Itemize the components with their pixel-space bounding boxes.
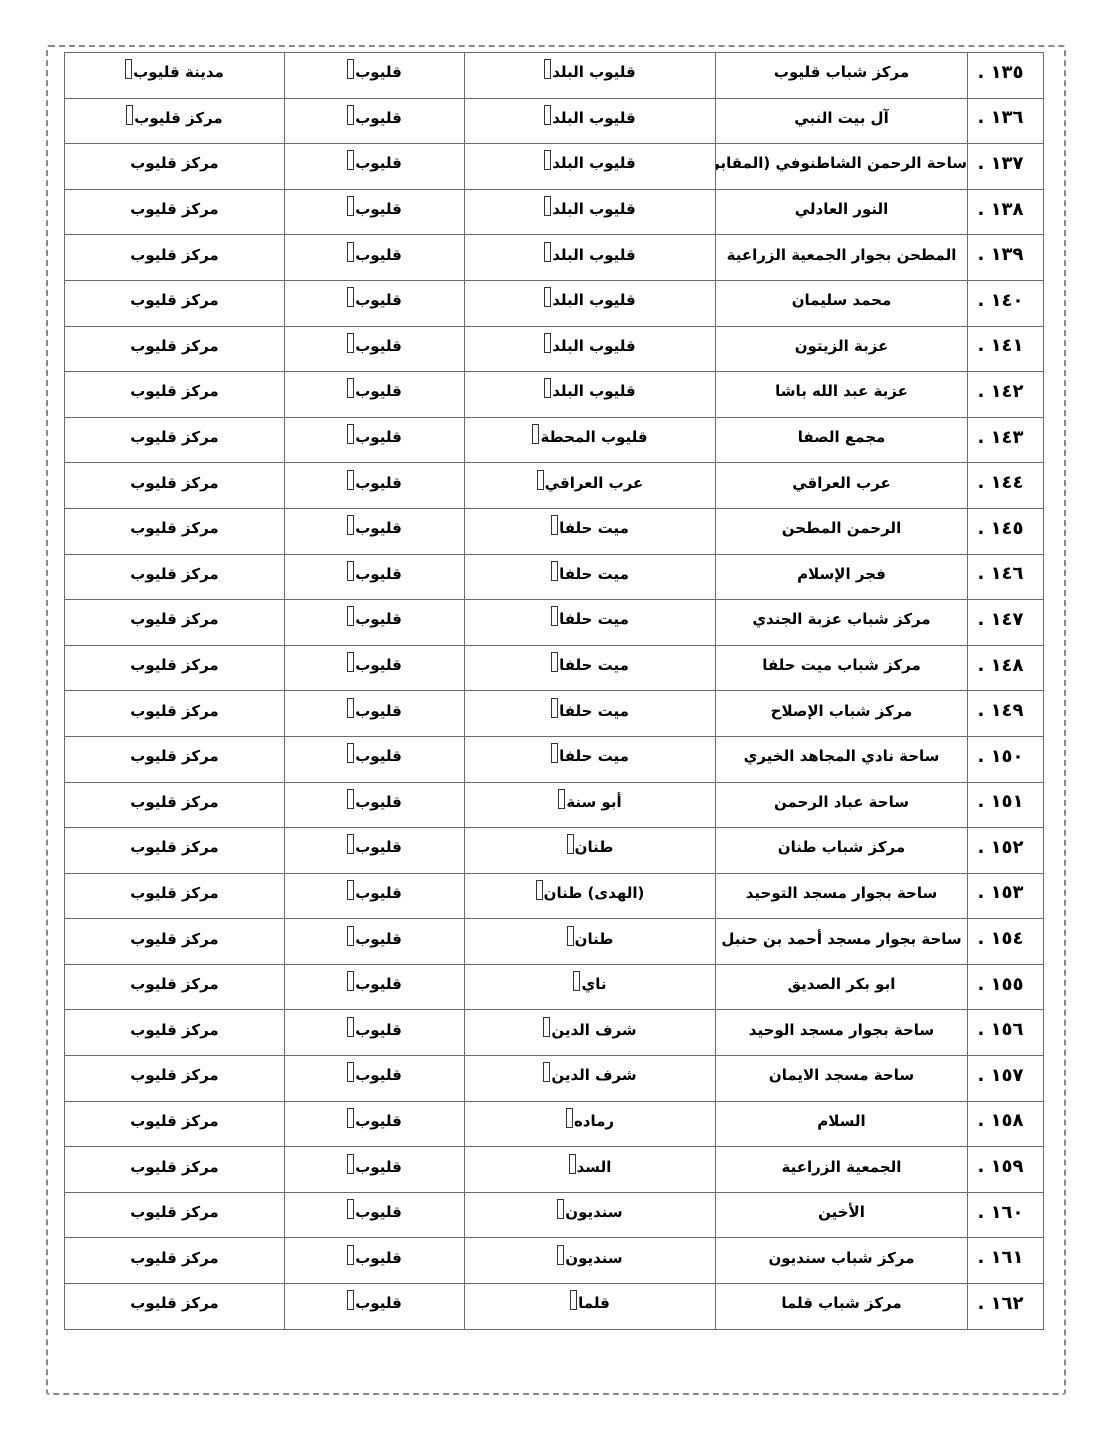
location-name-cell: ساحة عباد الرحمن — [716, 782, 968, 828]
admin-unit-cell: قليوب — [285, 235, 465, 281]
center-cell-text: مدينة قليوب — [133, 63, 224, 81]
row-number-cell: ١٦٠ . — [968, 1192, 1044, 1238]
village-cell-content: ميت حلفا — [551, 610, 629, 628]
admin-unit-cell-content: قليوب — [347, 656, 402, 674]
row-number-cell-content: ١٤٥ . — [977, 518, 1023, 539]
center-cell-content: مركز قليوب — [130, 1249, 218, 1267]
center-cell-content: مركز قليوب — [130, 1294, 218, 1312]
village-cell-content: شرف الدين — [543, 1021, 636, 1039]
center-cell: مركز قليوب — [65, 873, 285, 919]
row-number-cell-text: ١٥٢ . — [977, 837, 1023, 858]
row-number-cell: ١٥٥ . — [968, 964, 1044, 1010]
location-name-cell-text: ساحة بجوار مسجد الوحيد — [749, 1021, 934, 1039]
location-name-cell-text: المطحن بجوار الجمعية الزراعية — [727, 246, 957, 264]
missing-glyph-box-icon — [567, 834, 574, 854]
village-cell-text: قليوب البلد — [552, 337, 635, 355]
location-name-cell: مركز شباب عزبة الجندي — [716, 600, 968, 646]
location-name-cell-content: مركز شباب سنديون — [768, 1249, 914, 1267]
row-number-cell-content: ١٥٧ . — [977, 1065, 1023, 1086]
table-row: ١٥٨ .السلامرمادهقليوبمركز قليوب — [65, 1101, 1044, 1147]
location-name-cell: مجمع الصفا — [716, 417, 968, 463]
center-cell-content: مركز قليوب — [130, 1066, 218, 1084]
row-number-cell-content: ١٦٠ . — [977, 1202, 1023, 1223]
village-cell-content: السد — [569, 1158, 612, 1176]
admin-unit-cell-content: قليوب — [347, 930, 402, 948]
admin-unit-cell-content: قليوب — [347, 702, 402, 720]
center-cell-content: مركز قليوب — [130, 474, 218, 492]
table-row: ١٥٢ .مركز شباب طنانطنانقليوبمركز قليوب — [65, 828, 1044, 874]
center-cell-text: مركز قليوب — [130, 154, 218, 172]
table-row: ١٣٩ .المطحن بجوار الجمعية الزراعيةقليوب … — [65, 235, 1044, 281]
missing-glyph-box-icon — [558, 789, 565, 809]
village-cell: ناي — [465, 964, 716, 1010]
center-cell: مركز قليوب — [65, 600, 285, 646]
location-name-cell: ساحة الرحمن الشاطنوفي (المقابر) — [716, 144, 968, 190]
row-number-cell-text: ١٤٩ . — [977, 700, 1023, 721]
row-number-cell: ١٦١ . — [968, 1238, 1044, 1284]
center-cell-text: مركز قليوب — [130, 474, 218, 492]
village-cell-content: شرف الدين — [543, 1066, 636, 1084]
village-cell-text: سنديون — [565, 1249, 622, 1267]
center-cell-content: مدينة قليوب — [125, 63, 224, 81]
location-name-cell-text: عزبة عبد الله باشا — [775, 382, 908, 400]
center-cell-text: مركز قليوب — [130, 884, 218, 902]
row-number-cell-content: ١٥١ . — [977, 791, 1023, 812]
location-name-cell-text: ساحة عباد الرحمن — [774, 793, 909, 811]
missing-glyph-box-icon — [347, 150, 354, 170]
admin-unit-cell: قليوب — [285, 691, 465, 737]
village-cell-text: قليوب البلد — [552, 63, 635, 81]
admin-unit-cell-text: قليوب — [355, 63, 402, 81]
village-cell-text: أبو سنة — [566, 793, 621, 811]
row-number-cell-text: ١٤٢ . — [977, 381, 1023, 402]
missing-glyph-box-icon — [347, 789, 354, 809]
table-row: ١٤١ .عزبة الزيتونقليوب البلدقليوبمركز قل… — [65, 326, 1044, 372]
row-number-cell-content: ١٤٠ . — [977, 290, 1023, 311]
admin-unit-cell: قليوب — [285, 98, 465, 144]
admin-unit-cell-content: قليوب — [347, 793, 402, 811]
location-name-cell: النور العادلي — [716, 189, 968, 235]
location-name-cell-text: مجمع الصفا — [798, 428, 886, 446]
admin-unit-cell-content: قليوب — [347, 1158, 402, 1176]
location-name-cell: المطحن بجوار الجمعية الزراعية — [716, 235, 968, 281]
location-name-cell-content: ساحة بجوار مسجد الوحيد — [749, 1021, 934, 1039]
village-cell: سنديون — [465, 1192, 716, 1238]
missing-glyph-box-icon — [544, 242, 551, 262]
admin-unit-cell-content: قليوب — [347, 291, 402, 309]
admin-unit-cell-text: قليوب — [355, 200, 402, 218]
admin-unit-cell-content: قليوب — [347, 975, 402, 993]
location-name-cell: الجمعية الزراعية — [716, 1147, 968, 1193]
missing-glyph-box-icon — [347, 926, 354, 946]
location-name-cell-content: مركز شباب قليوب — [774, 63, 909, 81]
row-number-cell-text: ١٥٨ . — [977, 1110, 1023, 1131]
admin-unit-cell: قليوب — [285, 600, 465, 646]
location-name-cell: مركز شباب سنديون — [716, 1238, 968, 1284]
missing-glyph-box-icon — [347, 378, 354, 398]
village-cell: ميت حلفا — [465, 554, 716, 600]
admin-unit-cell-text: قليوب — [355, 565, 402, 583]
row-number-cell-content: ١٣٨ . — [977, 199, 1023, 220]
table-row: ١٥٤ .ساحة بجوار مسجد أحمد بن حنبلطنانقلي… — [65, 919, 1044, 965]
location-name-cell-content: ابو بكر الصديق — [788, 975, 896, 993]
table-row: ١٤٩ .مركز شباب الإصلاحميت حلفاقليوبمركز … — [65, 691, 1044, 737]
location-name-cell-text: ساحة الرحمن الشاطنوفي (المقابر) — [716, 154, 968, 172]
location-name-cell-text: آل بيت النبي — [794, 109, 888, 127]
center-cell: مركز قليوب — [65, 828, 285, 874]
row-number-cell-content: ١٥٩ . — [977, 1156, 1023, 1177]
admin-unit-cell-text: قليوب — [355, 1203, 402, 1221]
admin-unit-cell-text: قليوب — [355, 291, 402, 309]
admin-unit-cell: قليوب — [285, 1192, 465, 1238]
location-name-cell: ساحة مسجد الايمان — [716, 1056, 968, 1102]
location-name-cell: آل بيت النبي — [716, 98, 968, 144]
center-cell-content: مركز قليوب — [130, 975, 218, 993]
row-number-cell-text: ١٥٥ . — [977, 974, 1023, 995]
location-name-cell-content: ساحة بجوار مسجد أحمد بن حنبل — [721, 930, 961, 948]
village-cell: شرف الدين — [465, 1010, 716, 1056]
village-cell-text: عرب العراقي — [545, 474, 644, 492]
row-number-cell-text: ١٣٩ . — [977, 244, 1023, 265]
missing-glyph-box-icon — [347, 196, 354, 216]
admin-unit-cell-text: قليوب — [355, 930, 402, 948]
location-name-cell-content: فجر الإسلام — [797, 565, 886, 583]
missing-glyph-box-icon — [544, 378, 551, 398]
center-cell: مركز قليوب — [65, 964, 285, 1010]
center-cell-content: مركز قليوب — [130, 656, 218, 674]
table-row: ١٣٥ .مركز شباب قليوبقليوب البلدقليوبمدين… — [65, 53, 1044, 99]
village-cell: قليوب البلد — [465, 372, 716, 418]
center-cell-content: مركز قليوب — [130, 884, 218, 902]
admin-unit-cell-content: قليوب — [347, 610, 402, 628]
location-name-cell-text: مركز شباب ميت حلفا — [762, 656, 921, 674]
admin-unit-cell-content: قليوب — [347, 428, 402, 446]
location-name-cell-text: عرب العراقي — [792, 474, 891, 492]
missing-glyph-box-icon — [544, 105, 551, 125]
village-cell-content: قليوب البلد — [544, 291, 635, 309]
center-cell-text: مركز قليوب — [130, 519, 218, 537]
row-number-cell-content: ١٤٣ . — [977, 427, 1023, 448]
admin-unit-cell-text: قليوب — [355, 1021, 402, 1039]
row-number-cell-text: ١٣٦ . — [977, 107, 1023, 128]
location-name-cell-content: عرب العراقي — [792, 474, 891, 492]
location-name-cell-content: ساحة عباد الرحمن — [774, 793, 909, 811]
village-cell: قليوب البلد — [465, 144, 716, 190]
row-number-cell: ١٤١ . — [968, 326, 1044, 372]
village-cell-content: قليوب المحطة — [532, 428, 647, 446]
missing-glyph-box-icon — [537, 470, 544, 490]
center-cell: مركز قليوب — [65, 417, 285, 463]
center-cell-text: مركز قليوب — [130, 200, 218, 218]
village-cell-text: قلما — [578, 1294, 610, 1312]
center-cell-content: مركز قليوب — [130, 1203, 218, 1221]
center-cell: مركز قليوب — [65, 1101, 285, 1147]
admin-unit-cell-content: قليوب — [347, 382, 402, 400]
village-cell: قليوب البلد — [465, 189, 716, 235]
admin-unit-cell: قليوب — [285, 1284, 465, 1330]
row-number-cell: ١٥٠ . — [968, 736, 1044, 782]
village-cell-content: ميت حلفا — [551, 656, 629, 674]
center-cell-content: مركز قليوب — [130, 610, 218, 628]
locations-table-container: ١٣٥ .مركز شباب قليوبقليوب البلدقليوبمدين… — [64, 52, 1043, 1330]
center-cell-text: مركز قليوب — [130, 930, 218, 948]
center-cell-text: مركز قليوب — [130, 1021, 218, 1039]
center-cell-content: مركز قليوب — [130, 428, 218, 446]
row-number-cell: ١٣٩ . — [968, 235, 1044, 281]
village-cell-content: سنديون — [557, 1249, 622, 1267]
missing-glyph-box-icon — [543, 1062, 550, 1082]
row-number-cell-text: ١٤٨ . — [977, 655, 1023, 676]
missing-glyph-box-icon — [347, 1245, 354, 1265]
admin-unit-cell: قليوب — [285, 554, 465, 600]
table-row: ١٥٠ .ساحة نادي المجاهد الخيريميت حلفاقلي… — [65, 736, 1044, 782]
center-cell: مركز قليوب — [65, 1238, 285, 1284]
missing-glyph-box-icon — [544, 59, 551, 79]
location-name-cell-text: السلام — [817, 1112, 865, 1130]
table-row: ١٥٣ .ساحة بجوار مسجد التوحيد(الهدى) طنان… — [65, 873, 1044, 919]
admin-unit-cell: قليوب — [285, 964, 465, 1010]
missing-glyph-box-icon — [347, 470, 354, 490]
admin-unit-cell-content: قليوب — [347, 200, 402, 218]
center-cell-text: مركز قليوب — [130, 1112, 218, 1130]
admin-unit-cell-text: قليوب — [355, 428, 402, 446]
location-name-cell-content: آل بيت النبي — [794, 109, 888, 127]
village-cell: قليوب البلد — [465, 53, 716, 99]
center-cell-content: مركز قليوب — [130, 838, 218, 856]
row-number-cell-content: ١٣٥ . — [977, 62, 1023, 83]
location-name-cell: عرب العراقي — [716, 463, 968, 509]
village-cell-content: ناي — [573, 975, 606, 993]
village-cell-content: قليوب البلد — [544, 382, 635, 400]
row-number-cell-content: ١٤٤ . — [977, 472, 1023, 493]
center-cell: مركز قليوب — [65, 1010, 285, 1056]
center-cell-content: مركز قليوب — [126, 109, 222, 127]
row-number-cell: ١٤٠ . — [968, 280, 1044, 326]
center-cell: مركز قليوب — [65, 235, 285, 281]
missing-glyph-box-icon — [573, 971, 580, 991]
village-cell: (الهدى) طنان — [465, 873, 716, 919]
center-cell: مركز قليوب — [65, 691, 285, 737]
row-number-cell: ١٣٧ . — [968, 144, 1044, 190]
location-name-cell-text: الجمعية الزراعية — [782, 1158, 902, 1176]
center-cell-text: مركز قليوب — [130, 1249, 218, 1267]
location-name-cell-text: ابو بكر الصديق — [788, 975, 896, 993]
admin-unit-cell-content: قليوب — [347, 747, 402, 765]
location-name-cell-content: محمد سليمان — [792, 291, 892, 309]
location-name-cell: مركز شباب قلما — [716, 1284, 968, 1330]
village-cell-content: عرب العراقي — [537, 474, 644, 492]
village-cell-content: قليوب البلد — [544, 109, 635, 127]
admin-unit-cell: قليوب — [285, 144, 465, 190]
row-number-cell: ١٤٧ . — [968, 600, 1044, 646]
village-cell: قليوب البلد — [465, 235, 716, 281]
row-number-cell-text: ١٥٩ . — [977, 1156, 1023, 1177]
missing-glyph-box-icon — [570, 1290, 577, 1310]
center-cell: مركز قليوب — [65, 508, 285, 554]
location-name-cell: عزبة عبد الله باشا — [716, 372, 968, 418]
location-name-cell-content: الرحمن المطحن — [782, 519, 901, 537]
location-name-cell-content: مركز شباب عزبة الجندي — [752, 610, 930, 628]
center-cell: مركز قليوب — [65, 189, 285, 235]
location-name-cell-text: محمد سليمان — [792, 291, 892, 309]
missing-glyph-box-icon — [347, 743, 354, 763]
village-cell-text: قليوب المحطة — [540, 428, 647, 446]
center-cell: مركز قليوب — [65, 463, 285, 509]
table-row: ١٣٧ .ساحة الرحمن الشاطنوفي (المقابر)قليو… — [65, 144, 1044, 190]
location-name-cell: مركز شباب الإصلاح — [716, 691, 968, 737]
missing-glyph-box-icon — [347, 287, 354, 307]
row-number-cell-content: ١٤٧ . — [977, 609, 1023, 630]
row-number-cell: ١٥٢ . — [968, 828, 1044, 874]
admin-unit-cell-content: قليوب — [347, 63, 402, 81]
row-number-cell-content: ١٥٤ . — [977, 928, 1023, 949]
locations-table: ١٣٥ .مركز شباب قليوبقليوب البلدقليوبمدين… — [64, 52, 1044, 1330]
village-cell: طنان — [465, 828, 716, 874]
admin-unit-cell-text: قليوب — [355, 793, 402, 811]
center-cell-content: مركز قليوب — [130, 1021, 218, 1039]
missing-glyph-box-icon — [347, 606, 354, 626]
admin-unit-cell: قليوب — [285, 645, 465, 691]
admin-unit-cell-text: قليوب — [355, 519, 402, 537]
table-row: ١٥٩ .الجمعية الزراعيةالسدقليوبمركز قليوب — [65, 1147, 1044, 1193]
admin-unit-cell-text: قليوب — [355, 337, 402, 355]
location-name-cell-content: الجمعية الزراعية — [782, 1158, 902, 1176]
admin-unit-cell-text: قليوب — [355, 838, 402, 856]
admin-unit-cell: قليوب — [285, 417, 465, 463]
table-row: ١٤٦ .فجر الإسلامميت حلفاقليوبمركز قليوب — [65, 554, 1044, 600]
center-cell: مدينة قليوب — [65, 53, 285, 99]
row-number-cell: ١٥٦ . — [968, 1010, 1044, 1056]
village-cell-text: طنان — [575, 838, 614, 856]
center-cell: مركز قليوب — [65, 782, 285, 828]
missing-glyph-box-icon — [536, 880, 543, 900]
row-number-cell-text: ١٦١ . — [977, 1247, 1023, 1268]
village-cell-text: ميت حلفا — [559, 656, 629, 674]
location-name-cell: ساحة بجوار مسجد أحمد بن حنبل — [716, 919, 968, 965]
row-number-cell-text: ١٦٠ . — [977, 1202, 1023, 1223]
admin-unit-cell-content: قليوب — [347, 838, 402, 856]
row-number-cell-text: ١٤٤ . — [977, 472, 1023, 493]
table-row: ١٦٠ .الأخينسنديونقليوبمركز قليوب — [65, 1192, 1044, 1238]
missing-glyph-box-icon — [347, 834, 354, 854]
row-number-cell-text: ١٥٠ . — [977, 746, 1023, 767]
admin-unit-cell-content: قليوب — [347, 246, 402, 264]
center-cell-text: مركز قليوب — [130, 747, 218, 765]
location-name-cell-content: الأخين — [818, 1203, 865, 1221]
missing-glyph-box-icon — [347, 971, 354, 991]
row-number-cell: ١٥٧ . — [968, 1056, 1044, 1102]
table-row: ١٤٥ .الرحمن المطحنميت حلفاقليوبمركز قليو… — [65, 508, 1044, 554]
row-number-cell: ١٤٦ . — [968, 554, 1044, 600]
admin-unit-cell: قليوب — [285, 463, 465, 509]
missing-glyph-box-icon — [347, 698, 354, 718]
location-name-cell: فجر الإسلام — [716, 554, 968, 600]
admin-unit-cell-text: قليوب — [355, 154, 402, 172]
location-name-cell: الأخين — [716, 1192, 968, 1238]
admin-unit-cell-content: قليوب — [347, 154, 402, 172]
location-name-cell-text: مركز شباب طنان — [778, 838, 905, 856]
village-cell-content: ميت حلفا — [551, 702, 629, 720]
row-number-cell-text: ١٥٦ . — [977, 1019, 1023, 1040]
center-cell-text: مركز قليوب — [130, 1294, 218, 1312]
village-cell-text: شرف الدين — [551, 1021, 636, 1039]
village-cell-content: قليوب البلد — [544, 200, 635, 218]
center-cell-content: مركز قليوب — [130, 291, 218, 309]
center-cell: مركز قليوب — [65, 736, 285, 782]
table-row: ١٣٨ .النور العادليقليوب البلدقليوبمركز ق… — [65, 189, 1044, 235]
village-cell: ميت حلفا — [465, 691, 716, 737]
missing-glyph-box-icon — [569, 1154, 576, 1174]
location-name-cell-text: ساحة بجوار مسجد التوحيد — [746, 884, 938, 902]
row-number-cell-text: ١٣٥ . — [977, 62, 1023, 83]
location-name-cell-text: الرحمن المطحن — [782, 519, 901, 537]
location-name-cell: مركز شباب قليوب — [716, 53, 968, 99]
row-number-cell-content: ١٤٨ . — [977, 655, 1023, 676]
missing-glyph-box-icon — [347, 515, 354, 535]
location-name-cell-content: ساحة نادي المجاهد الخيري — [744, 747, 940, 765]
location-name-cell-content: مركز شباب قلما — [781, 1294, 901, 1312]
village-cell-text: رماده — [574, 1112, 614, 1130]
village-cell-text: قليوب البلد — [552, 200, 635, 218]
row-number-cell-content: ١٥٨ . — [977, 1110, 1023, 1131]
admin-unit-cell: قليوب — [285, 919, 465, 965]
location-name-cell: محمد سليمان — [716, 280, 968, 326]
location-name-cell: عزبة الزيتون — [716, 326, 968, 372]
missing-glyph-box-icon — [532, 424, 539, 444]
center-cell: مركز قليوب — [65, 1284, 285, 1330]
admin-unit-cell-content: قليوب — [347, 1021, 402, 1039]
center-cell-content: مركز قليوب — [130, 565, 218, 583]
village-cell: سنديون — [465, 1238, 716, 1284]
location-name-cell-text: مركز شباب سنديون — [768, 1249, 914, 1267]
admin-unit-cell: قليوب — [285, 189, 465, 235]
location-name-cell: مركز شباب ميت حلفا — [716, 645, 968, 691]
center-cell-text: مركز قليوب — [130, 975, 218, 993]
table-row: ١٤٣ .مجمع الصفاقليوب المحطةقليوبمركز قلي… — [65, 417, 1044, 463]
village-cell-content: ميت حلفا — [551, 519, 629, 537]
center-cell: مركز قليوب — [65, 554, 285, 600]
village-cell: ميت حلفا — [465, 645, 716, 691]
village-cell: قليوب البلد — [465, 326, 716, 372]
village-cell-text: قليوب البلد — [552, 382, 635, 400]
table-row: ١٤٢ .عزبة عبد الله باشاقليوب البلدقليوبم… — [65, 372, 1044, 418]
village-cell: طنان — [465, 919, 716, 965]
missing-glyph-box-icon — [551, 698, 558, 718]
row-number-cell-content: ١٥٠ . — [977, 746, 1023, 767]
center-cell-text: مركز قليوب — [130, 702, 218, 720]
center-cell: مركز قليوب — [65, 326, 285, 372]
missing-glyph-box-icon — [551, 606, 558, 626]
row-number-cell: ١٣٨ . — [968, 189, 1044, 235]
center-cell: مركز قليوب — [65, 1056, 285, 1102]
admin-unit-cell-text: قليوب — [355, 656, 402, 674]
missing-glyph-box-icon — [544, 196, 551, 216]
location-name-cell-content: ساحة بجوار مسجد التوحيد — [746, 884, 938, 902]
village-cell: السد — [465, 1147, 716, 1193]
center-cell: مركز قليوب — [65, 1192, 285, 1238]
village-cell: رماده — [465, 1101, 716, 1147]
center-cell-text: مركز قليوب — [130, 610, 218, 628]
center-cell-text: مركز قليوب — [130, 1203, 218, 1221]
missing-glyph-box-icon — [347, 1017, 354, 1037]
village-cell-content: قليوب البلد — [544, 63, 635, 81]
row-number-cell-text: ١٤٣ . — [977, 427, 1023, 448]
center-cell-text: مركز قليوب — [130, 337, 218, 355]
village-cell-text: قليوب البلد — [552, 154, 635, 172]
center-cell-content: مركز قليوب — [130, 747, 218, 765]
admin-unit-cell-text: قليوب — [355, 1066, 402, 1084]
village-cell-text: طنان — [575, 930, 614, 948]
